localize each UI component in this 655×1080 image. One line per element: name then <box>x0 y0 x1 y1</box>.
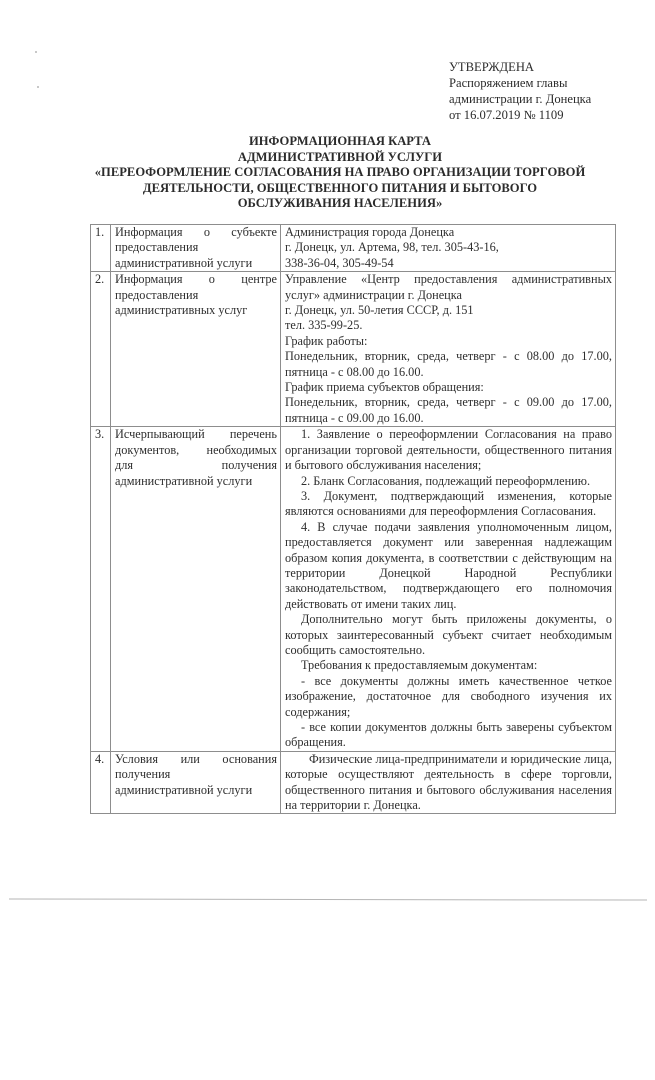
value-paragraph: Понедельник, вторник, среда, четверг - с… <box>285 395 612 426</box>
approval-order-line: Распоряжением главы <box>449 75 591 91</box>
value-paragraph: Физические лица-предприниматели и юридич… <box>285 752 612 814</box>
value-paragraph: 1. Заявление о переоформлении Согласован… <box>285 427 612 473</box>
row-number: 2. <box>91 272 111 427</box>
value-paragraph: График приема субъектов обращения: <box>285 380 612 395</box>
title-line: АДМИНИСТРАТИВНОЙ УСЛУГИ <box>60 150 620 166</box>
row-value: Управление «Центр предоставления админис… <box>281 272 616 427</box>
value-paragraph: 4. В случае подачи заявления уполномочен… <box>285 520 612 612</box>
label-line: Исчерпывающий перечень <box>115 427 277 442</box>
row-number: 3. <box>91 427 111 752</box>
table-row: 1. Информация о субъекте предоставления … <box>91 225 616 272</box>
label-line: административной услуги <box>115 474 277 489</box>
row-label: Условия или основания получения админист… <box>111 751 281 814</box>
value-paragraph: Администрация города Донецка <box>285 225 612 240</box>
approval-heading: УТВЕРЖДЕНА <box>449 59 591 75</box>
approval-stamp: УТВЕРЖДЕНА Распоряжением главы администр… <box>449 59 591 123</box>
label-line: административных услуг <box>115 303 277 318</box>
title-line: ОБСЛУЖИВАНИЯ НАСЕЛЕНИЯ» <box>60 196 620 212</box>
row-number: 4. <box>91 751 111 814</box>
value-paragraph: 3. Документ, подтверждающий изменения, к… <box>285 489 612 520</box>
label-line: предоставления <box>115 288 277 303</box>
label-line: документов, необходимых <box>115 443 277 458</box>
page-divider <box>9 898 647 900</box>
label-line: для получения <box>115 458 277 473</box>
label-line: Условия или основания <box>115 752 277 767</box>
label-line: административной услуги <box>115 256 277 271</box>
value-paragraph: 338-36-04, 305-49-54 <box>285 256 612 271</box>
value-paragraph: - все документы должны иметь качественно… <box>285 674 612 720</box>
row-label: Исчерпывающий перечень документов, необх… <box>111 427 281 752</box>
scan-speck <box>35 51 37 53</box>
row-number: 1. <box>91 225 111 272</box>
value-paragraph: тел. 335-99-25. <box>285 318 612 333</box>
label-line: получения <box>115 767 277 782</box>
title-line: ДЕЯТЕЛЬНОСТИ, ОБЩЕСТВЕННОГО ПИТАНИЯ И БЫ… <box>60 181 620 197</box>
row-label: Информация о центре предоставления админ… <box>111 272 281 427</box>
title-line: ИНФОРМАЦИОННАЯ КАРТА <box>60 134 620 150</box>
value-paragraph: Дополнительно могут быть приложены докум… <box>285 612 612 658</box>
row-value: Физические лица-предприниматели и юридич… <box>281 751 616 814</box>
value-paragraph: г. Донецк, ул. 50-летия СССР, д. 151 <box>285 303 612 318</box>
value-paragraph: Требования к предоставляемым документам: <box>285 658 612 673</box>
table-row: 3. Исчерпывающий перечень документов, не… <box>91 427 616 752</box>
table-row: 4. Условия или основания получения админ… <box>91 751 616 814</box>
title-line: «ПЕРЕОФОРМЛЕНИЕ СОГЛАСОВАНИЯ НА ПРАВО ОР… <box>60 165 620 181</box>
label-line: Информация о субъекте <box>115 225 277 240</box>
row-label: Информация о субъекте предоставления адм… <box>111 225 281 272</box>
approval-date-number: от 16.07.2019 № 1109 <box>449 107 591 123</box>
row-value: Администрация города Донецка г. Донецк, … <box>281 225 616 272</box>
value-paragraph: Понедельник, вторник, среда, четверг - с… <box>285 349 612 380</box>
value-paragraph: г. Донецк, ул. Артема, 98, тел. 305-43-1… <box>285 240 612 255</box>
information-card-table: 1. Информация о субъекте предоставления … <box>90 224 616 814</box>
table-row: 2. Информация о центре предоставления ад… <box>91 272 616 427</box>
label-line: административной услуги <box>115 783 277 798</box>
value-paragraph: 2. Бланк Согласования, подлежащий переоф… <box>285 474 612 489</box>
value-paragraph: График работы: <box>285 334 612 349</box>
approval-authority-line: администрации г. Донецка <box>449 91 591 107</box>
value-paragraph: Управление «Центр предоставления админис… <box>285 272 612 303</box>
document-title: ИНФОРМАЦИОННАЯ КАРТА АДМИНИСТРАТИВНОЙ УС… <box>60 134 620 212</box>
row-value: 1. Заявление о переоформлении Согласован… <box>281 427 616 752</box>
value-paragraph: - все копии документов должны быть завер… <box>285 720 612 751</box>
label-line: Информация о центре <box>115 272 277 287</box>
label-line: предоставления <box>115 240 277 255</box>
scan-speck <box>37 86 39 88</box>
